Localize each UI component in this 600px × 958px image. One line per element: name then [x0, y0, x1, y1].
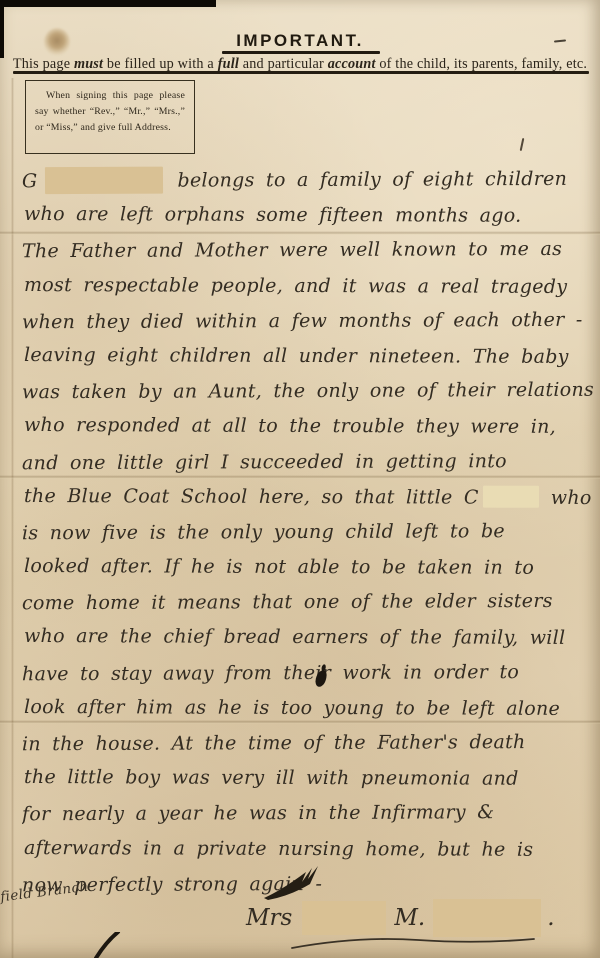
- letter-line: Gbelongs to a family of eight children: [22, 163, 596, 199]
- photo-edge-top: [0, 0, 216, 7]
- instruction-emphasis-account: account: [328, 56, 376, 72]
- redaction-block-name: [45, 167, 163, 195]
- instruction-text: This page: [13, 56, 74, 72]
- instruction-text: of the child, its parents, family, etc.: [376, 56, 588, 72]
- letter-line: is now five is the only young child left…: [22, 514, 596, 552]
- instruction-emphasis-full: full: [218, 56, 239, 72]
- letter-line: for nearly a year he was in the Infirmar…: [22, 795, 596, 833]
- letter-line: The Father and Mother were well known to…: [22, 232, 596, 270]
- signature-middle: M.: [394, 905, 425, 931]
- letter-text: the Blue Coat School here, so that littl…: [24, 485, 479, 509]
- ink-arrow-mark: [262, 860, 324, 902]
- letter-line: who are left orphans some fifteen months…: [24, 197, 596, 234]
- letter-line: in the house. At the time of the Father'…: [22, 725, 596, 763]
- letter-line: most respectable people, and it was a re…: [24, 268, 596, 305]
- letter-line: and one little girl I succeeded in getti…: [22, 443, 596, 481]
- signing-note-box: When signing this page please say whethe…: [25, 80, 195, 154]
- instruction-text: and particular: [239, 56, 328, 72]
- letter-line: who are the chief bread earners of the f…: [24, 619, 596, 656]
- letter-line: who responded at all to the trouble they…: [24, 408, 596, 445]
- document-page: IMPORTANT. This page must be filled up w…: [0, 0, 600, 958]
- title-underline: [222, 51, 380, 54]
- letter-line: the Blue Coat School here, so that littl…: [24, 479, 596, 516]
- letter-text: belongs to a family of eight children: [177, 168, 567, 192]
- letter-line: looked after. If he is not able to be ta…: [24, 549, 596, 586]
- instruction-text: be filled up with a: [103, 56, 218, 72]
- page-title: IMPORTANT.: [0, 31, 600, 51]
- signature-suffix: .: [547, 905, 554, 931]
- signing-note-text: When signing this page please say whethe…: [35, 88, 185, 136]
- fold-crease-vertical: [11, 78, 14, 958]
- redaction-block-child-name: [483, 485, 539, 507]
- letter-text: who: [551, 487, 592, 509]
- handwritten-letter: Gbelongs to a family of eight children w…: [22, 163, 596, 902]
- letter-line: come home it means that one of the elder…: [22, 584, 596, 622]
- letter-line: when they died within a few months of ea…: [22, 302, 596, 340]
- letter-text: G: [22, 170, 38, 192]
- letter-line: leaving eight children all under ninetee…: [24, 338, 596, 375]
- signature-prefix: Mrs: [246, 905, 292, 931]
- letter-line: look after him as he is too young to be …: [24, 690, 596, 727]
- letter-line: have to stay away from their work in ord…: [22, 654, 596, 692]
- signature-underline: [288, 930, 538, 954]
- letter-line: was taken by an Aunt, the only one of th…: [22, 373, 596, 411]
- header-rule: [13, 71, 589, 74]
- pen-stroke-bottom: [88, 932, 128, 958]
- letter-line: the little boy was very ill with pneumon…: [24, 760, 596, 797]
- instruction-emphasis-must: must: [74, 56, 103, 72]
